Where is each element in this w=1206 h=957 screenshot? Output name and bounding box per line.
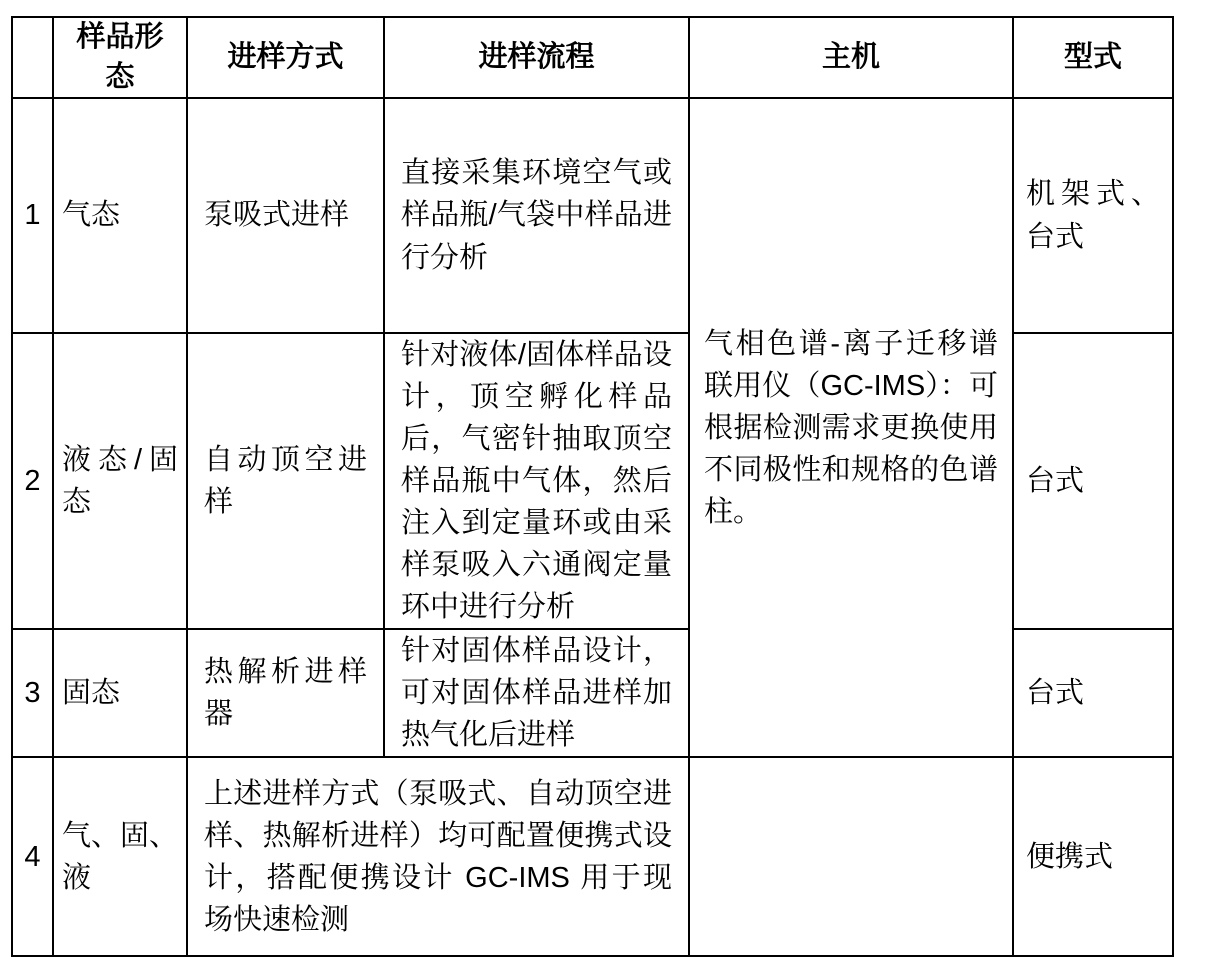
row2-model-type: 台式: [1013, 333, 1173, 629]
header-sample-form: 样品形态: [53, 17, 187, 98]
document-page: 样品形态 进样方式 进样流程 主机 型式 1 气态 泵吸式进样 直接采集环境空气…: [0, 0, 1206, 946]
header-injection-process: 进样流程: [384, 17, 689, 98]
row3-model-type: 台式: [1013, 629, 1173, 757]
row1-injection-process: 直接采集环境空气或样品瓶/气袋中样品进行分析: [384, 98, 689, 333]
row3-sample-form: 固态: [53, 629, 187, 757]
row3-injection-process: 针对固体样品设计，可对固体样品进样加热气化后进样: [384, 629, 689, 757]
table-row-4: 4 气、固、液 上述进样方式（泵吸式、自动顶空进样、热解析进样）均可配置便携式设…: [12, 757, 1173, 956]
table-row-1: 1 气态 泵吸式进样 直接采集环境空气或样品瓶/气袋中样品进行分析 气相色谱-离…: [12, 98, 1173, 333]
host-merged-cell: 气相色谱-离子迁移谱联用仪（GC-IMS）：可根据检测需求更换使用不同极性和规格…: [689, 98, 1013, 757]
header-model-type: 型式: [1013, 17, 1173, 98]
row4-sample-form: 气、固、液: [53, 757, 187, 956]
header-index: [12, 17, 53, 98]
row1-model-type: 机架式、台式: [1013, 98, 1173, 333]
row3-injection-method: 热解析进样器: [187, 629, 384, 757]
row4-index: 4: [12, 757, 53, 956]
row2-injection-process: 针对液体/固体样品设计，顶空孵化样品后，气密针抽取顶空样品瓶中气体，然后注入到定…: [384, 333, 689, 629]
row1-index: 1: [12, 98, 53, 333]
row2-injection-method: 自动顶空进样: [187, 333, 384, 629]
header-row: 样品形态 进样方式 进样流程 主机 型式: [12, 17, 1173, 98]
row3-index: 3: [12, 629, 53, 757]
sampling-spec-table: 样品形态 进样方式 进样流程 主机 型式 1 气态 泵吸式进样 直接采集环境空气…: [11, 16, 1174, 957]
header-injection-method: 进样方式: [187, 17, 384, 98]
header-host: 主机: [689, 17, 1013, 98]
row4-host-empty-cell: [689, 757, 1013, 956]
row4-combined-note: 上述进样方式（泵吸式、自动顶空进样、热解析进样）均可配置便携式设计，搭配便携设计…: [187, 757, 689, 956]
row1-sample-form: 气态: [53, 98, 187, 333]
row4-model-type: 便携式: [1013, 757, 1173, 956]
row2-sample-form: 液态/固态: [53, 333, 187, 629]
row1-injection-method: 泵吸式进样: [187, 98, 384, 333]
row2-index: 2: [12, 333, 53, 629]
